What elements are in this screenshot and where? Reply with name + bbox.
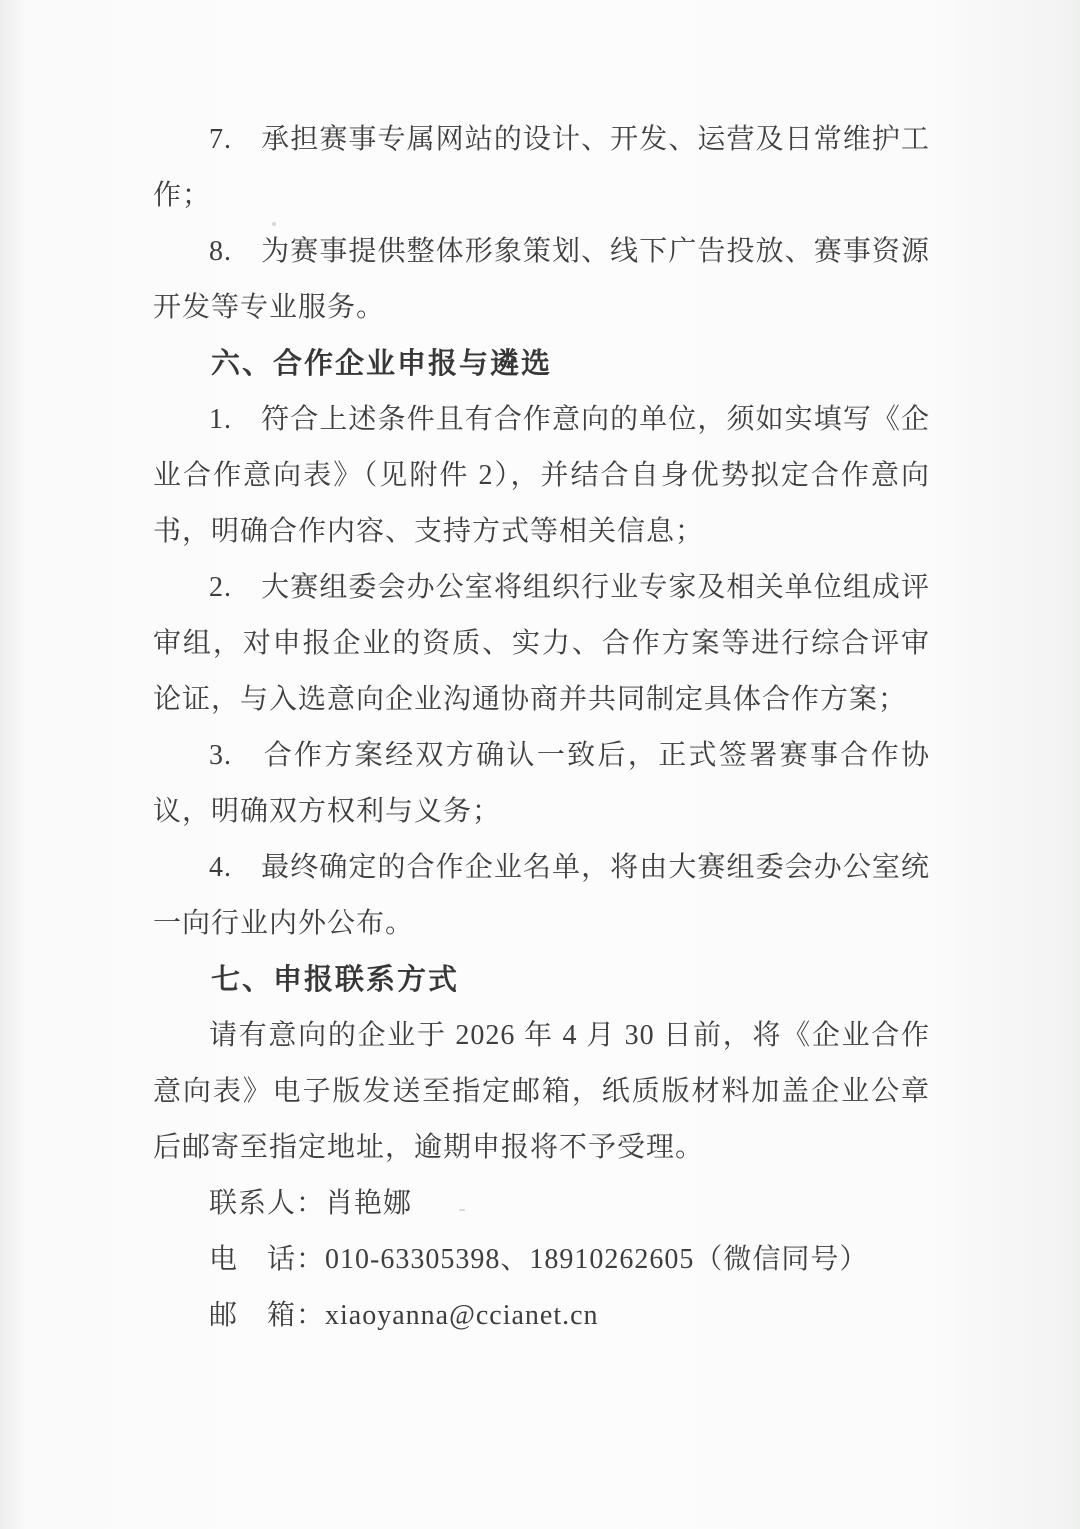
scan-speck xyxy=(459,1209,465,1211)
contact-email-line: 邮 箱：xiaoyanna@ccianet.cn xyxy=(153,1288,930,1344)
list-item-7: 7. 承担赛事专属网站的设计、开发、运营及日常维护工作； xyxy=(153,112,930,224)
contact-person-line: 联系人：肖艳娜 xyxy=(153,1176,930,1232)
list-item-3: 3. 合作方案经双方确认一致后，正式签署赛事合作协议，明确双方权利与义务； xyxy=(153,728,930,840)
list-item-4: 4. 最终确定的合作企业名单，将由大赛组委会办公室统一向行业内外公布。 xyxy=(153,840,930,952)
scan-speck xyxy=(272,222,276,226)
contact-phone-line: 电 话：010-63305398、18910262605（微信同号） xyxy=(153,1232,930,1288)
section-heading-six: 六、合作企业申报与遴选 xyxy=(153,336,930,392)
list-item-8: 8. 为赛事提供整体形象策划、线下广告投放、赛事资源开发等专业服务。 xyxy=(153,224,930,336)
list-item-1: 1. 符合上述条件且有合作意向的单位，须如实填写《企业合作意向表》（见附件 2）… xyxy=(153,392,930,560)
document-page: 7. 承担赛事专属网站的设计、开发、运营及日常维护工作； 8. 为赛事提供整体形… xyxy=(0,0,1080,1529)
deadline-paragraph: 请有意向的企业于 2026 年 4 月 30 日前，将《企业合作意向表》电子版发… xyxy=(153,1008,930,1176)
section-heading-seven: 七、申报联系方式 xyxy=(153,952,930,1008)
list-item-2: 2. 大赛组委会办公室将组织行业专家及相关单位组成评审组，对申报企业的资质、实力… xyxy=(153,560,930,728)
